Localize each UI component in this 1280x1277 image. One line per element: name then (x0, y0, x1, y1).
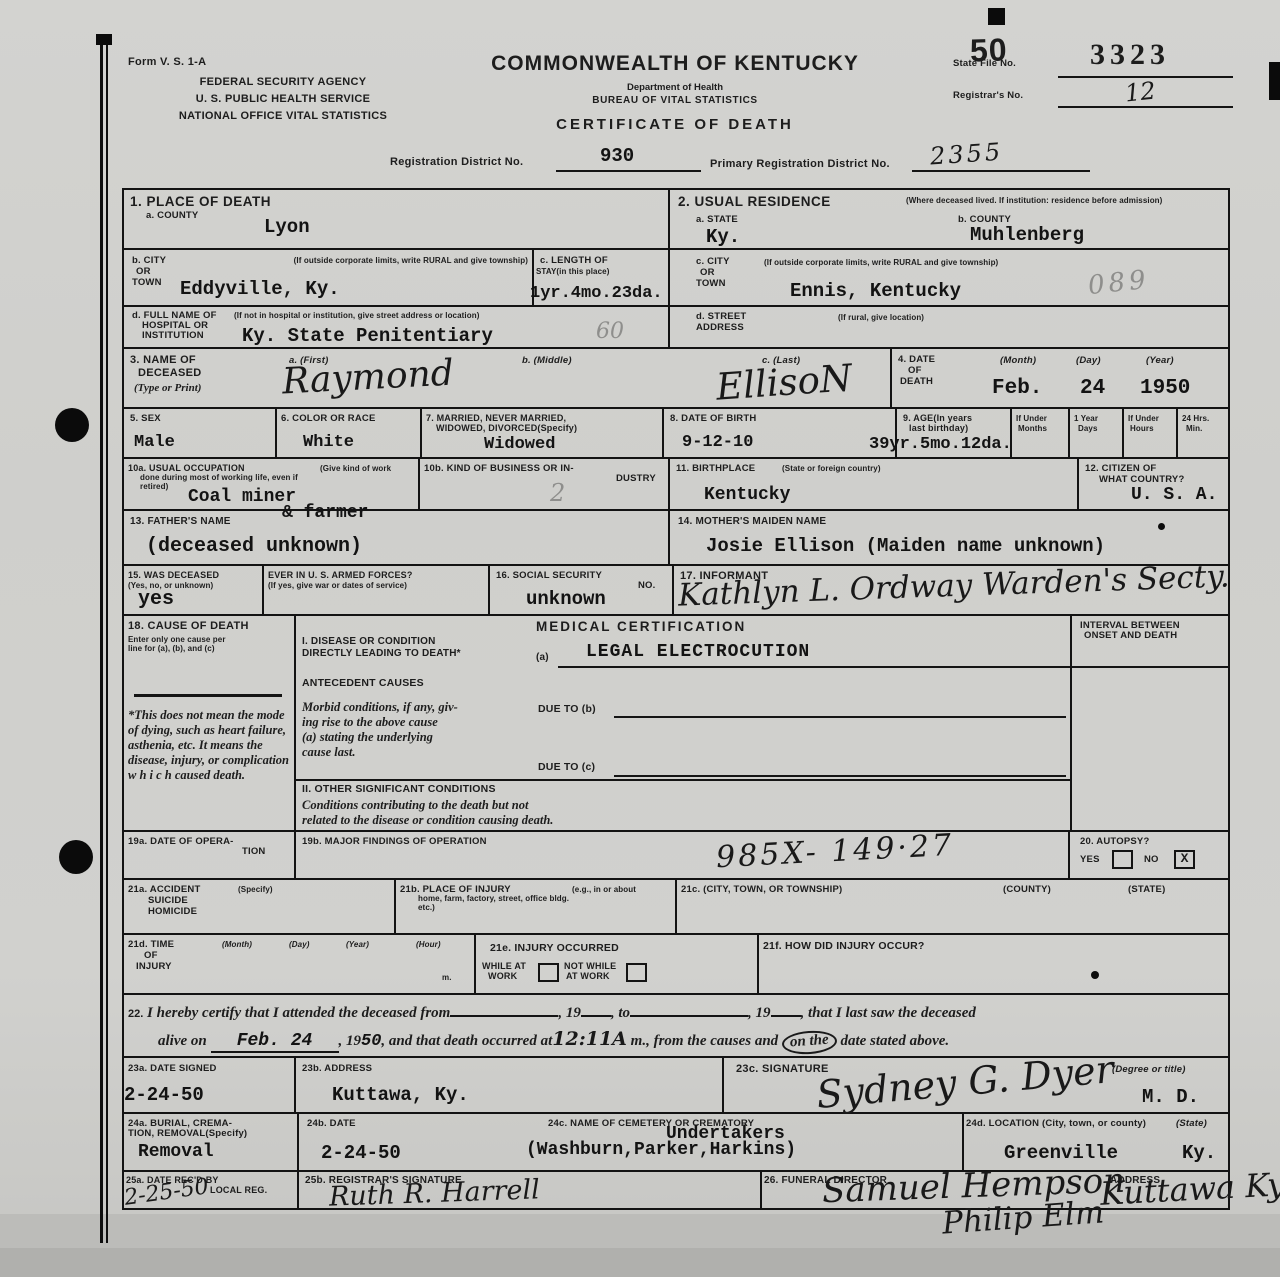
field-19a-operation-date: 19a. DATE OF OPERA- TION (124, 832, 296, 878)
name-label-2: DECEASED (138, 367, 202, 379)
field-21e-injury-occurred: 21e. INJURY OCCURRED WHILE AT WORK NOT W… (476, 935, 759, 993)
date-received-label-2: LOCAL REG. (210, 1185, 267, 1196)
certify-alive-on: alive on (158, 1033, 207, 1049)
field-1c-length-of-stay: c. LENGTH OF STAY(in this place) 1yr.4mo… (534, 250, 670, 305)
field-21d-time-of-injury: 21d. TIME OF INJURY (Month) (Day) (Year)… (124, 935, 476, 993)
field-2c-residence-city: c. CITY OR TOWN (If outside corporate li… (670, 250, 1228, 305)
burial-date-label: 24b. DATE (307, 1118, 356, 1129)
city-value: Eddyville, Ky. (180, 278, 340, 300)
accident-label-3: HOMICIDE (148, 906, 197, 917)
birthplace-note: (State or foreign country) (782, 464, 881, 474)
row-place-residence-3: d. FULL NAME OF HOSPITAL OR INSTITUTION … (124, 307, 1228, 349)
agency-line-2: U. S. PUBLIC HEALTH SERVICE (118, 91, 448, 108)
business-pencil: 2 (550, 479, 565, 507)
residence-county-value: Muhlenberg (970, 224, 1084, 246)
binding-line-thin (106, 38, 108, 1243)
scan-blot-top-left (96, 34, 112, 45)
due-to-b-label: DUE TO (b) (538, 704, 596, 715)
certify-text-9: m., from the causes and (631, 1033, 779, 1049)
field-3-name: 3. NAME OF DECEASED (Type or Print) a. (… (124, 349, 702, 407)
injury-hour-label: (Hour) (416, 940, 441, 950)
last-name-value: EllisoN (715, 356, 854, 408)
city-label: b. CITY (132, 255, 166, 266)
due-to-b-underline (614, 716, 1066, 718)
row-forces-ssn-informant: 15. WAS DECEASED (Yes, no, or unknown) y… (124, 566, 1228, 616)
armed-forces-note: (If yes, give war or dates of service) (268, 581, 407, 591)
row-registrar: 25a. DATE REC'D BY LOCAL REG. 2-25-50 25… (124, 1172, 1228, 1210)
punch-hole-lower (59, 840, 93, 874)
other-conditions-divider (296, 779, 1070, 781)
punch-hole-upper (55, 408, 89, 442)
ink-dot-2 (1091, 971, 1099, 979)
while-work-label: WORK (488, 971, 517, 982)
ssn-value: unknown (526, 588, 606, 610)
usual-residence-title: 2. USUAL RESIDENCE (678, 194, 831, 209)
field-5-sex: 5. SEX Male (124, 409, 277, 457)
institution-label-3: INSTITUTION (142, 330, 204, 341)
date-signed-value: 2-24-50 (124, 1084, 204, 1106)
field-1b-city: b. CITY OR TOWN (If outside corporate li… (124, 250, 534, 305)
age-col-days-2: Days (1078, 424, 1098, 434)
injury-day-label: (Day) (289, 940, 310, 950)
row-signed: 23a. DATE SIGNED 2-24-50 23b. ADDRESS Ku… (124, 1058, 1228, 1114)
signer-address-label: 23b. ADDRESS (302, 1063, 372, 1074)
autopsy-label: 20. AUTOPSY? (1080, 836, 1149, 847)
certify-line-1: 22. I hereby certify that I attended the… (128, 1003, 976, 1022)
residence-city-or: OR (700, 267, 715, 278)
field-24a-burial: 24a. BURIAL, CREMA- TION, REMOVAL(Specif… (124, 1114, 299, 1170)
field-25a-date-received: 25a. DATE REC'D BY LOCAL REG. 2-25-50 (124, 1172, 299, 1210)
field-12-citizen: 12. CITIZEN OF WHAT COUNTRY? U. S. A. (1079, 459, 1228, 509)
certify-num: 22. (128, 1008, 143, 1020)
dob-label: 8. DATE OF BIRTH (670, 413, 756, 424)
other-note-2: related to the disease or condition caus… (302, 813, 553, 827)
county-value: Lyon (264, 216, 310, 238)
race-label: 6. COLOR OR RACE (281, 413, 376, 424)
registrar-no-label: Registrar's No. (953, 90, 1023, 101)
antecedent-label: ANTECEDENT CAUSES (302, 678, 424, 689)
certify-year: 50 (361, 1032, 381, 1051)
cause-divider (134, 694, 282, 697)
was-deceased-label: 15. WAS DECEASED (128, 570, 219, 581)
agency-block: FEDERAL SECURITY AGENCY U. S. PUBLIC HEA… (118, 74, 448, 125)
field-4-date-of-death: 4. DATE OF DEATH (Month) (Day) (Year) Fe… (892, 349, 1228, 407)
physician-signature: Sydney G. Dyer (815, 1047, 1116, 1117)
certify-text-5: , that I last saw the deceased (801, 1005, 976, 1021)
row-sex-race-age: 5. SEX Male 6. COLOR OR RACE White 7. MA… (124, 409, 1228, 459)
institution-pencil: 60 (596, 319, 624, 344)
interval-label-2: ONSET AND DEATH (1084, 630, 1177, 641)
time-of-injury-label: 21d. TIME (128, 939, 174, 950)
institution-value: Ky. State Penitentiary (242, 325, 493, 347)
usual-residence-note: (Where deceased lived. If institution: r… (906, 196, 1222, 206)
certify-text-7: , 19 (339, 1033, 362, 1049)
occupation-note-1: (Give kind of work (320, 464, 391, 474)
field-23a-date-signed: 23a. DATE SIGNED 2-24-50 (124, 1058, 296, 1112)
field-19b-findings: 19b. MAJOR FINDINGS OF OPERATION 985X- 1… (296, 832, 1070, 878)
dept-of-health: Department of Health (540, 82, 810, 93)
field-2d-street-address: d. STREET ADDRESS (If rural, give locati… (670, 307, 1228, 347)
business-label-2: DUSTRY (616, 473, 656, 484)
field-3c-last-name: c. (Last) EllisoN (702, 349, 892, 407)
morbid-4: cause last. (302, 745, 355, 759)
findings-value: 985X- 149·27 (715, 828, 955, 875)
autopsy-yes-label: YES (1080, 854, 1100, 865)
commonwealth-title: COMMONWEALTH OF KENTUCKY (450, 52, 900, 76)
other-conditions-title: II. OTHER SIGNIFICANT CONDITIONS (302, 784, 496, 795)
field-20-autopsy: 20. AUTOPSY? YES NO X (1070, 832, 1228, 878)
cause-footnote: *This does not mean the mode of dying, s… (128, 708, 290, 783)
field-1d-institution: d. FULL NAME OF HOSPITAL OR INSTITUTION … (124, 307, 670, 347)
autopsy-yes-checkbox (1112, 850, 1133, 869)
binding-line-thick (100, 38, 103, 1243)
residence-city-value: Ennis, Kentucky (790, 280, 961, 302)
agency-line-3: NATIONAL OFFICE VITAL STATISTICS (118, 108, 448, 125)
street-label: d. STREET (696, 311, 746, 322)
ssn-label-no: NO. (638, 580, 656, 591)
row-certify-statement: 22. I hereby certify that I attended the… (124, 995, 1228, 1058)
street-label-2: ADDRESS (696, 322, 744, 333)
date-signed-label: 23a. DATE SIGNED (128, 1063, 217, 1074)
not-while-work-label: AT WORK (566, 971, 610, 982)
operation-date-label-1: 19a. DATE OF OPERA- (128, 836, 234, 847)
field-14-mother: 14. MOTHER'S MAIDEN NAME Josie Ellison (… (670, 511, 1228, 564)
injury-m-label: m. (442, 973, 452, 983)
sex-label: 5. SEX (130, 413, 161, 424)
marital-label-2: WIDOWED, DIVORCED(Specify) (436, 423, 577, 434)
scan-blot-top-right (988, 8, 1005, 25)
dod-day-value: 24 (1080, 377, 1105, 400)
age-col-min-2: Min. (1186, 424, 1202, 434)
age-col-months-1: If Under (1016, 414, 1047, 424)
reg-district-value: 930 (600, 145, 634, 167)
occupation-overflow: & farmer (282, 503, 368, 523)
registrar-no-value: 12 (1124, 76, 1157, 107)
morbid-2: ing rise to the above cause (302, 715, 438, 729)
certify-line-2: alive on Feb. 24, 1950, and that death o… (158, 1028, 949, 1054)
autopsy-no-checkbox: X (1174, 850, 1195, 869)
row-parents: 13. FATHER'S NAME & farmer (deceased unk… (124, 511, 1228, 566)
burial-state-label: (State) (1176, 1118, 1207, 1129)
operation-date-label-2: TION (242, 846, 266, 857)
field-21b-place-of-injury: 21b. PLACE OF INJURY (e.g., in or about … (396, 880, 677, 933)
field-24b-burial-date: 24b. DATE 2-24-50 (299, 1114, 514, 1170)
place-of-death-title: 1. PLACE OF DEATH (130, 194, 271, 209)
morbid-1: Morbid conditions, if any, giv- (302, 700, 458, 714)
age-col-months: If Under Months (1012, 409, 1070, 457)
autopsy-no-label: NO (1144, 854, 1159, 865)
armed-forces-value: yes (138, 588, 174, 611)
interval-column: INTERVAL BETWEEN ONSET AND DEATH (1070, 616, 1228, 830)
field-23c-signature: 23c. SIGNATURE Sydney G. Dyer (Degree or… (724, 1058, 1228, 1112)
row-time-of-injury: 21d. TIME OF INJURY (Month) (Day) (Year)… (124, 935, 1228, 995)
certify-text-8: , and that death occurred at (381, 1033, 552, 1049)
citizen-label-1: 12. CITIZEN OF (1085, 463, 1156, 474)
degree-label: (Degree or title) (1112, 1064, 1186, 1075)
burial-label-2: TION, REMOVAL(Specify) (128, 1128, 247, 1139)
primary-district-underline (912, 170, 1090, 172)
age-col-months-2: Months (1018, 424, 1047, 434)
field-23b-address: 23b. ADDRESS Kuttawa, Ky. (296, 1058, 724, 1112)
occupation-note-3: retired) (140, 482, 168, 492)
field-9-age: 9. AGE(In years last birthday) 39yr.5mo.… (897, 409, 1012, 457)
agency-line-1: FEDERAL SECURITY AGENCY (118, 74, 448, 91)
residence-city-town: TOWN (696, 278, 726, 289)
burial-value: Removal (138, 1142, 214, 1162)
injury-occurred-label: 21e. INJURY OCCURRED (490, 943, 619, 954)
county-label: a. COUNTY (146, 210, 198, 221)
place-of-injury-note-1: (e.g., in or about (572, 885, 636, 895)
other-note-1: Conditions contributing to the death but… (302, 798, 528, 812)
certify-time: 12:11A (552, 1028, 627, 1050)
occupation-value: Coal miner (188, 487, 296, 507)
birthplace-label: 11. BIRTHPLACE (676, 463, 755, 474)
age-col-days: 1 Year Days (1070, 409, 1124, 457)
dod-month-label: (Month) (1000, 355, 1036, 366)
other-conditions-note: Conditions contributing to the death but… (302, 798, 553, 828)
date-of-death-of: OF (908, 365, 922, 376)
form-number: Form V. S. 1-A (128, 56, 206, 68)
injury-year-label: (Year) (346, 940, 369, 950)
field-24c-cemetery: 24c. NAME OF CEMETERY OR CREMATORY Under… (514, 1114, 964, 1170)
citizen-value: U. S. A. (1131, 485, 1217, 505)
field-7-marital: 7. MARRIED, NEVER MARRIED, WIDOWED, DIVO… (422, 409, 664, 457)
injury-state-label: (STATE) (1128, 884, 1165, 895)
field-17-informant: 17. INFORMANT Kathlyn L. Ordway Warden's… (674, 566, 1228, 614)
reg-district-label: Registration District No. (390, 156, 523, 168)
residence-state-value: Ky. (706, 226, 740, 248)
disease-a-label: (a) (536, 652, 549, 663)
medical-title: MEDICAL CERTIFICATION (536, 619, 746, 634)
cause-title: 18. CAUSE OF DEATH (128, 620, 249, 632)
field-25b-registrar-signature: 25b. REGISTRAR'S SIGNATURE Ruth R. Harre… (299, 1172, 762, 1210)
city-label-town: TOWN (132, 277, 162, 288)
name-label-3: (Type or Print) (134, 382, 201, 394)
age-value: 39yr.5mo.12da. (869, 435, 1012, 454)
morbid-3: (a) stating the underlying (302, 730, 433, 744)
primary-district-value: 2355 (929, 137, 1004, 170)
row-accident-place: 21a. ACCIDENT SUICIDE HOMICIDE (Specify)… (124, 880, 1228, 935)
place-of-injury-note-3: etc.) (418, 903, 435, 913)
age-col-days-1: 1 Year (1074, 414, 1098, 424)
accident-label-2: SUICIDE (148, 895, 188, 906)
dod-day-label: (Day) (1076, 355, 1101, 366)
not-while-at-work-checkbox (626, 963, 647, 982)
registrar-signature-value: Ruth R. Harrell (329, 1174, 541, 1212)
place-of-injury-note-2: home, farm, factory, street, office bldg… (418, 894, 569, 904)
row-place-residence-1: 1. PLACE OF DEATH a. COUNTY Lyon 2. USUA… (124, 190, 1228, 250)
ink-dot (1158, 523, 1165, 530)
row-medical-certification: 18. CAUSE OF DEATH Enter only one cause … (124, 616, 1228, 832)
certify-text-3: , to (611, 1005, 630, 1021)
date-of-death-death: DEATH (900, 376, 933, 387)
stay-value: 1yr.4mo.23da. (530, 284, 663, 303)
how-injury-label: 21f. HOW DID INJURY OCCUR? (763, 941, 925, 952)
scan-edge-band-dark (0, 1248, 1280, 1277)
age-label-2: last birthday) (909, 423, 968, 434)
city-note: (If outside corporate limits, write RURA… (180, 256, 528, 266)
time-of-injury-of: OF (144, 950, 158, 961)
field-11-birthplace: 11. BIRTHPLACE (State or foreign country… (670, 459, 1079, 509)
field-26-funeral-director: 26. FUNERAL DIRECTOR Samuel Hempson ADDR… (762, 1172, 1228, 1210)
degree-value: M. D. (1142, 1086, 1199, 1108)
field-21f-how-injury: 21f. HOW DID INJURY OCCUR? (759, 935, 1228, 993)
field-6-race: 6. COLOR OR RACE White (277, 409, 422, 457)
age-col-hours-1: If Under (1128, 414, 1159, 424)
street-note: (If rural, give location) (838, 313, 924, 323)
residence-city-label: c. CITY (696, 256, 730, 267)
middle-name-label: b. (Middle) (522, 355, 572, 366)
registrar-underline (1058, 106, 1233, 108)
morbid-note: Morbid conditions, if any, giv- ing rise… (302, 700, 532, 760)
mother-label: 14. MOTHER'S MAIDEN NAME (678, 516, 826, 527)
signer-address-value: Kuttawa, Ky. (332, 1084, 469, 1106)
injury-month-label: (Month) (222, 940, 252, 950)
residence-state-label: a. STATE (696, 214, 738, 225)
age-col-hours-2: Hours (1130, 424, 1154, 434)
accident-label-1: 21a. ACCIDENT (128, 884, 200, 895)
field-10b-business: 10b. KIND OF BUSINESS OR IN- DUSTRY 2 (420, 459, 670, 509)
interval-line-1 (1072, 666, 1230, 668)
certify-text-4: , 19 (748, 1005, 771, 1021)
cause-note-2: line for (a), (b), and (c) (128, 644, 215, 654)
injury-city-label: 21c. (CITY, TOWN, OR TOWNSHIP) (681, 884, 842, 895)
business-label-1: 10b. KIND OF BUSINESS OR IN- (424, 463, 574, 474)
father-value: (deceased unknown) (146, 535, 362, 558)
dod-year-label: (Year) (1146, 355, 1174, 366)
field-15-armed-forces: EVER IN U. S. ARMED FORCES? (If yes, giv… (264, 566, 490, 614)
scan-blot-right-edge (1269, 62, 1280, 100)
medical-certification-block: MEDICAL CERTIFICATION I. DISEASE OR COND… (296, 616, 1070, 832)
cemetery-value-2: (Washburn,Parker,Harkins) (526, 1140, 796, 1160)
certify-circled-on-the: on the (781, 1029, 837, 1056)
row-operation-autopsy: 19a. DATE OF OPERA- TION 19b. MAJOR FIND… (124, 832, 1228, 880)
first-name-value: Raymond (281, 353, 455, 403)
findings-label: 19b. MAJOR FINDINGS OF OPERATION (302, 836, 487, 847)
certificate-body: 1. PLACE OF DEATH a. COUNTY Lyon 2. USUA… (122, 188, 1230, 1210)
date-of-death-label: 4. DATE (898, 354, 935, 365)
mother-value: Josie Ellison (Maiden name unknown) (706, 535, 1105, 557)
name-label-1: 3. NAME OF (130, 354, 196, 366)
age-col-min: 24 Hrs. Min. (1178, 409, 1228, 457)
field-16-ssn: 16. SOCIAL SECURITY NO. unknown (490, 566, 674, 614)
state-file-value: 3323 (1090, 38, 1170, 72)
state-file-label: State File No. (953, 58, 1016, 69)
armed-forces-label: EVER IN U. S. ARMED FORCES? (268, 570, 413, 581)
field-13-father: 13. FATHER'S NAME & farmer (deceased unk… (124, 511, 670, 564)
field-10a-occupation: 10a. USUAL OCCUPATION (Give kind of work… (124, 459, 420, 509)
dod-year-value: 1950 (1140, 377, 1190, 400)
time-of-injury-injury: INJURY (136, 961, 172, 972)
dod-month-value: Feb. (992, 377, 1042, 400)
certify-text-1: I hereby certify that I attended the dec… (147, 1005, 450, 1021)
field-21c-injury-location: 21c. (CITY, TOWN, OR TOWNSHIP) (COUNTY) … (677, 880, 1228, 933)
disease-label-2: DIRECTLY LEADING TO DEATH* (302, 648, 461, 659)
burial-location-label: 24d. LOCATION (City, town, or county) (966, 1118, 1146, 1129)
due-to-c-label: DUE TO (c) (538, 762, 595, 773)
field-21a-accident: 21a. ACCIDENT SUICIDE HOMICIDE (Specify) (124, 880, 396, 933)
due-to-c-underline (614, 775, 1066, 777)
race-value: White (303, 433, 354, 452)
father-label: 13. FATHER'S NAME (130, 516, 231, 527)
primary-district-label: Primary Registration District No. (710, 158, 890, 170)
ssn-label: 16. SOCIAL SECURITY (496, 570, 602, 581)
reg-district-underline (556, 170, 701, 172)
row-place-residence-2: b. CITY OR TOWN (If outside corporate li… (124, 250, 1228, 307)
city-label-or: OR (136, 266, 151, 277)
while-at-work-checkbox (538, 963, 559, 982)
certify-text-2: , 19 (558, 1005, 581, 1021)
certify-text-10: date stated above. (840, 1033, 949, 1049)
row-name-date: 3. NAME OF DECEASED (Type or Print) a. (… (124, 349, 1228, 409)
certificate-of-death-title: CERTIFICATE OF DEATH (520, 116, 830, 133)
burial-date-value: 2-24-50 (321, 1142, 401, 1164)
sex-value: Male (134, 433, 175, 452)
stay-label-2: STAY(in this place) (536, 267, 609, 277)
bureau-vital-statistics: BUREAU OF VITAL STATISTICS (540, 95, 810, 106)
accident-note: (Specify) (238, 885, 273, 895)
marital-value: Widowed (484, 435, 555, 454)
disease-a-value: LEGAL ELECTROCUTION (586, 642, 810, 662)
birthplace-value: Kentucky (704, 485, 790, 505)
injury-county-label: (COUNTY) (1003, 884, 1051, 895)
age-col-min-1: 24 Hrs. (1182, 414, 1209, 424)
informant-signature: Kathlyn L. Ordway Warden's Secty. (678, 558, 1231, 613)
dob-value: 9-12-10 (682, 433, 753, 452)
disease-label-1: I. DISEASE OR CONDITION (302, 636, 436, 647)
field-8-date-of-birth: 8. DATE OF BIRTH 9-12-10 (664, 409, 897, 457)
field-15-deceased: 15. WAS DECEASED (Yes, no, or unknown) y… (124, 566, 264, 614)
age-col-hours: If Under Hours (1124, 409, 1178, 457)
field-18-cause-of-death: 18. CAUSE OF DEATH Enter only one cause … (124, 616, 296, 830)
residence-city-pencil: 089 (1087, 265, 1151, 301)
burial-state-value: Ky. (1182, 1142, 1216, 1164)
citizen-label-2: WHAT COUNTRY? (1099, 474, 1184, 485)
field-1-place-of-death: 1. PLACE OF DEATH a. COUNTY Lyon (124, 190, 670, 248)
stay-label: c. LENGTH OF (540, 255, 608, 266)
field-2-usual-residence: 2. USUAL RESIDENCE (Where deceased lived… (670, 190, 1228, 248)
residence-city-note: (If outside corporate limits, write RURA… (764, 258, 998, 268)
certify-alive-date: Feb. 24 (237, 1031, 313, 1051)
